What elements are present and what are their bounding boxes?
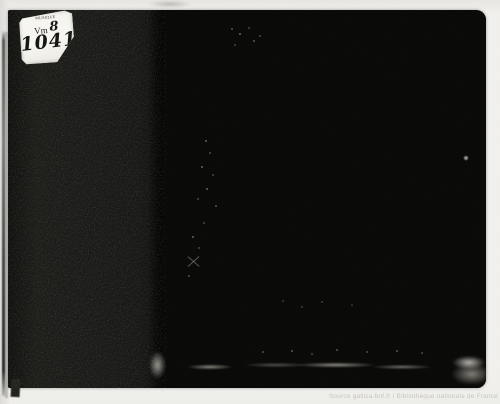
scratch-specks xyxy=(0,0,2,2)
book-cover xyxy=(8,10,486,388)
book-cover-scan: MUSIQUE Vm8 1041 Source gallica.bnf.fr /… xyxy=(0,0,500,404)
gallica-watermark: Source gallica.bnf.fr / Bibliothèque nat… xyxy=(329,393,498,400)
wear-streak-bottom xyxy=(184,359,438,372)
wear-patch-hinge-bottom xyxy=(149,351,166,379)
wear-patch-bottom-right xyxy=(448,351,486,384)
front-cover xyxy=(166,10,486,388)
ink-mark-bottom-left xyxy=(11,379,21,397)
white-speck xyxy=(463,155,469,161)
scan-smudge xyxy=(148,0,192,9)
book-spine xyxy=(8,10,166,388)
scan-fold-line xyxy=(2,30,5,396)
